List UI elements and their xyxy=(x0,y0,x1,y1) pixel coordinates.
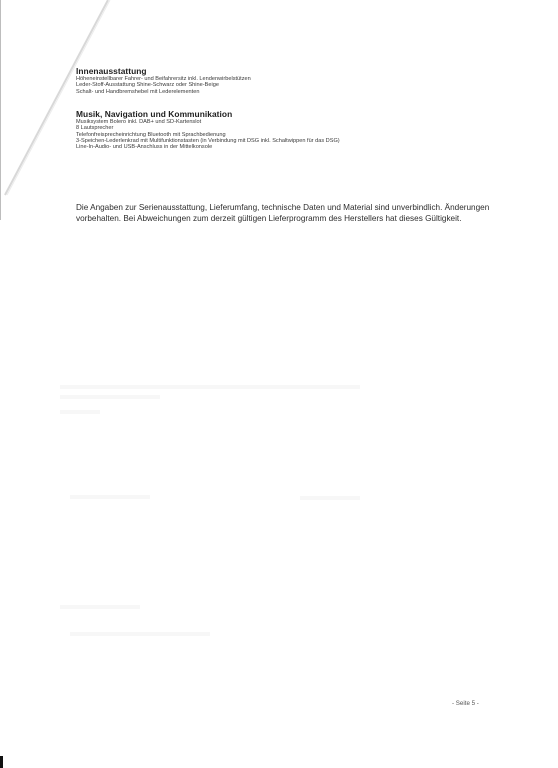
disclaimer-paragraph: Die Angaben zur Serienausstattung, Liefe… xyxy=(76,202,496,224)
section-innenausstattung: Innenausstattung Höheneinstellbarer Fahr… xyxy=(76,67,251,95)
equipment-line: Schalt- und Handbremshebel mit Lederelem… xyxy=(76,89,251,95)
section-musik-navigation: Musik, Navigation und Kommunikation Musi… xyxy=(76,110,340,150)
page-number: - Seite 5 - xyxy=(452,700,479,707)
section-heading: Innenausstattung xyxy=(76,67,251,76)
equipment-line: Line-In-Audio- und USB-Anschluss in der … xyxy=(76,144,340,150)
scan-corner-mark xyxy=(0,756,3,768)
section-heading: Musik, Navigation und Kommunikation xyxy=(76,110,340,119)
